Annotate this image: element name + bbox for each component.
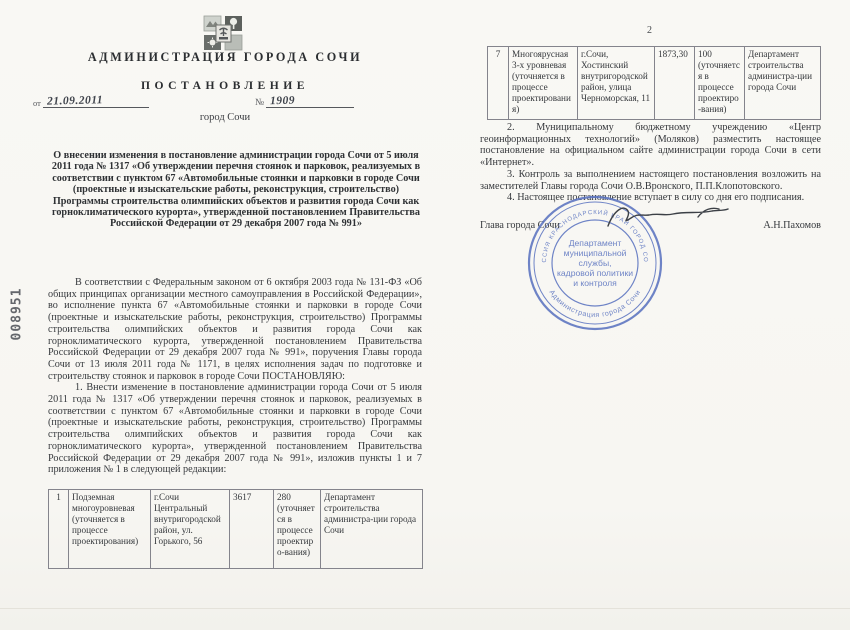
handwritten-number: 1909	[266, 95, 295, 108]
scan-artifact-line	[0, 608, 850, 609]
handwritten-signature	[602, 200, 742, 232]
date-label: от	[33, 98, 41, 108]
cell-department: Департамент строительства администра-ции…	[745, 47, 821, 120]
stamp-center-line: Департамент	[569, 238, 622, 248]
cell-department: Департамент строительства администра-ции…	[321, 490, 423, 569]
page-number: 2	[647, 25, 652, 36]
paragraph-item-1: 1. Внести изменение в постановление адми…	[48, 382, 422, 476]
page-1: 008951 АДМИНИСТРАЦИЯ ГОРОДА СОЧИ ПОСТАНО…	[0, 0, 450, 630]
cell-type: Подземная многоуровневая (уточняется в п…	[69, 490, 151, 569]
cell-capacity: 100 (уточняется в процессе проектиро-ван…	[695, 47, 745, 120]
parking-table-item-1: 1 Подземная многоуровневая (уточняется в…	[48, 489, 423, 569]
document-type: ПОСТАНОВЛЕНИЕ	[0, 79, 450, 92]
cell-index: 1	[49, 490, 69, 569]
stamp-center-line: кадровой политики	[557, 268, 633, 278]
date-field: от 21.09.2011	[33, 95, 149, 108]
number-underline: 1909	[266, 95, 354, 108]
cell-index: 7	[488, 47, 509, 120]
date-underline: 21.09.2011	[43, 95, 149, 108]
number-field: № 1909	[255, 95, 354, 108]
paragraph-item-2: 2. Муниципальному бюджетному учреждению …	[480, 122, 821, 169]
city-line: город Сочи	[0, 112, 450, 123]
signatory-name: А.Н.Пахомов	[763, 220, 821, 231]
serial-number-stamp: 008951	[10, 281, 25, 341]
body-text: В соответствии с Федеральным законом от …	[48, 277, 422, 476]
cell-address: г.Сочи, Хостинский внутригородской район…	[578, 47, 655, 120]
stamp-center-line: муниципальной	[564, 248, 627, 258]
parking-table-item-7: 7 Многоярусная 3-х уровневая (уточняется…	[487, 46, 821, 120]
organization-name: АДМИНИСТРАЦИЯ ГОРОДА СОЧИ	[0, 50, 450, 65]
table-row: 7 Многоярусная 3-х уровневая (уточняется…	[488, 47, 821, 120]
cell-area: 1873,30	[655, 47, 695, 120]
page-2: 2 7 Многоярусная 3-х уровневая (уточняет…	[450, 0, 850, 630]
stamp-center-line: и контроля	[573, 278, 617, 288]
cell-type: Многоярусная 3-х уровневая (уточняется в…	[509, 47, 578, 120]
cell-capacity: 280 (уточняется в процессе проектиро-ван…	[274, 490, 321, 569]
cell-address: г.Сочи Центральный внутригородской район…	[151, 490, 230, 569]
stamp-center-line: службы,	[578, 258, 611, 268]
handwritten-date: 21.09.2011	[43, 94, 103, 108]
number-label: №	[255, 98, 264, 108]
table-row: 1 Подземная многоуровневая (уточняется в…	[49, 490, 423, 569]
document-title: О внесении изменения в постановление адм…	[47, 150, 425, 230]
paragraph-preamble: В соответствии с Федеральным законом от …	[48, 277, 422, 382]
cell-area: 3617	[230, 490, 274, 569]
scanned-document: 008951 АДМИНИСТРАЦИЯ ГОРОДА СОЧИ ПОСТАНО…	[0, 0, 850, 630]
